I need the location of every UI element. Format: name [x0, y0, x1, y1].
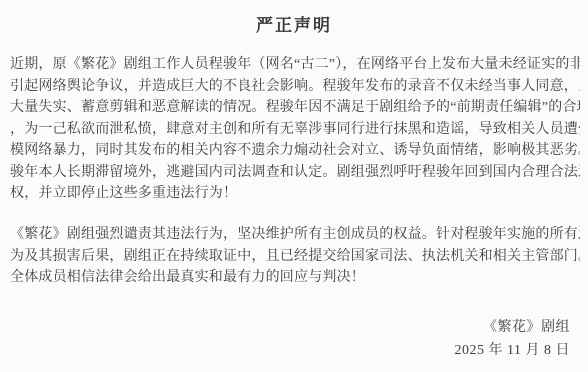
statement-line: 骏年本人长期滞留境外，逃避国内司法调查和认定。剧组强烈呼吁程骏年回到国内合理合法…: [10, 162, 580, 184]
signature-date: 2025 年 11 月 8 日: [455, 339, 570, 362]
statement-title: 严正声明: [0, 11, 588, 36]
statement-paragraph-1: 近期，原《繁花》剧组工作人员程骏年（网名“古二”），在网络平台上发布大量未经证实…: [10, 54, 580, 205]
statement-line: 引起网络舆论争议，并造成巨大的不良社会影响。程骏年发布的录音不仅未经当事人同意，…: [10, 76, 580, 98]
statement-line: 权，并立即停止这些多重违法行为！: [10, 183, 580, 205]
signature-name: 《繁花》剧组: [455, 316, 570, 339]
statement-line: 为及其损害后果，剧组正在持续取证中，且已经提交给国家司法、执法机关和相关主管部门…: [10, 246, 580, 268]
statement-line: 全体成员相信法律会给出最真实和最有力的回应与判决！: [10, 267, 580, 289]
statement-line: 《繁花》剧组强烈谴责其违法行为，坚决维护所有主创成员的权益。针对程骏年实施的所有…: [10, 224, 580, 246]
statement-line: ，为一己私欲而泄私愤，肆意对主创和所有无辜涉事同行进行抹黑和造谣，导致相关人员遭…: [10, 119, 580, 141]
statement-line: 大量失实、蓄意剪辑和恶意解读的情况。程骏年因不满足于剧组给予的“前期责任编辑”的…: [10, 97, 580, 119]
statement-document: 严正声明 近期，原《繁花》剧组工作人员程骏年（网名“古二”），在网络平台上发布大…: [0, 0, 588, 372]
statement-paragraph-2: 《繁花》剧组强烈谴责其违法行为，坚决维护所有主创成员的权益。针对程骏年实施的所有…: [10, 224, 580, 289]
statement-line: 近期，原《繁花》剧组工作人员程骏年（网名“古二”），在网络平台上发布大量未经证实…: [10, 54, 580, 76]
signature-block: 《繁花》剧组 2025 年 11 月 8 日: [455, 316, 570, 362]
statement-line: 模网络暴力，同时其发布的相关内容不遗余力煽动社会对立、诱导负面情绪，影响极其恶劣…: [10, 140, 580, 162]
